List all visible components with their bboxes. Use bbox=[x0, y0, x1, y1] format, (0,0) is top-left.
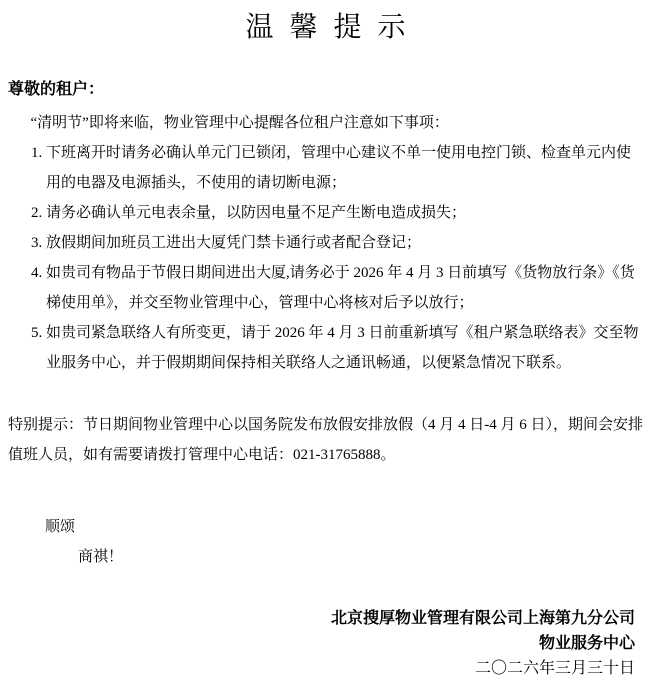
item-number: 3. bbox=[31, 228, 42, 258]
item-number: 5. bbox=[31, 318, 42, 348]
notice-item: 1. 下班离开时请务必确认单元门已锁闭，管理中心建议不单一使用电控门锁、检查单元… bbox=[0, 138, 651, 198]
signature-company: 北京搜厚物业管理有限公司上海第九分公司 bbox=[0, 606, 635, 631]
intro-paragraph: “清明节”即将来临，物业管理中心提醒各位租户注意如下事项： bbox=[0, 108, 651, 138]
item-text: 下班离开时请务必确认单元门已锁闭，管理中心建议不单一使用电控门锁、检查单元内使用… bbox=[46, 145, 631, 191]
page-title: 温馨提示 bbox=[0, 0, 651, 44]
notice-item: 2. 请务必确认单元电表余量，以防因电量不足产生断电造成损失； bbox=[0, 198, 651, 228]
notice-item-list: 1. 下班离开时请务必确认单元门已锁闭，管理中心建议不单一使用电控门锁、检查单元… bbox=[0, 138, 651, 378]
special-note: 特别提示：节日期间物业管理中心以国务院发布放假安排放假（4 月 4 日-4 月 … bbox=[0, 410, 651, 470]
signature-department: 物业服务中心 bbox=[0, 631, 635, 656]
notice-item: 3. 放假期间加班员工进出大厦凭门禁卡通行或者配合登记； bbox=[0, 228, 651, 258]
item-number: 2. bbox=[31, 198, 42, 228]
item-text: 放假期间加班员工进出大厦凭门禁卡通行或者配合登记； bbox=[46, 235, 421, 251]
notice-item: 5. 如贵司紧急联络人有所变更，请于 2026 年 4 月 3 日前重新填写《租… bbox=[0, 318, 651, 378]
closing-line-1: 顺颂 bbox=[0, 512, 651, 542]
salutation: 尊敬的租户： bbox=[0, 80, 651, 100]
item-text: 如贵司有物品于节假日期间进出大厦,请务必于 2026 年 4 月 3 日前填写《… bbox=[46, 265, 635, 311]
notice-document: 温馨提示 尊敬的租户： “清明节”即将来临，物业管理中心提醒各位租户注意如下事项… bbox=[0, 0, 651, 693]
notice-item: 4. 如贵司有物品于节假日期间进出大厦,请务必于 2026 年 4 月 3 日前… bbox=[0, 258, 651, 318]
item-number: 1. bbox=[31, 138, 42, 168]
signature-block: 北京搜厚物业管理有限公司上海第九分公司 物业服务中心 二〇二六年三月三十日 bbox=[0, 606, 651, 681]
signature-date: 二〇二六年三月三十日 bbox=[0, 656, 635, 681]
item-text: 请务必确认单元电表余量，以防因电量不足产生断电造成损失； bbox=[46, 205, 466, 221]
closing-line-2: 商祺！ bbox=[0, 542, 651, 572]
item-text: 如贵司紧急联络人有所变更，请于 2026 年 4 月 3 日前重新填写《租户紧急… bbox=[46, 325, 639, 371]
item-number: 4. bbox=[31, 258, 42, 288]
